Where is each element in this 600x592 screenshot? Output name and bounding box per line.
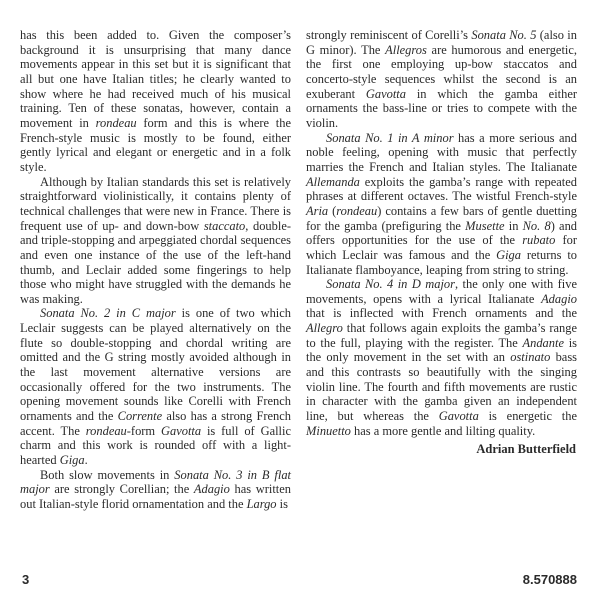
italic-term: Corrente <box>118 409 162 423</box>
italic-term: Andante <box>523 336 564 350</box>
paragraph: has this been added to. Given the compos… <box>20 28 291 175</box>
italic-term: Allegro <box>306 321 343 335</box>
italic-term: Allegros <box>385 43 427 57</box>
italic-term: Giga <box>60 453 85 467</box>
paragraph: strongly reminiscent of Corelli’s Sonata… <box>306 28 577 131</box>
italic-term: Giga <box>496 248 521 262</box>
author-signature: Adrian Butterfield <box>476 442 576 457</box>
italic-term: rondeau <box>86 424 127 438</box>
italic-term: Aria <box>306 204 328 218</box>
italic-term: No. 8 <box>523 219 551 233</box>
italic-term: Largo <box>247 497 277 511</box>
italic-term: Sonata No. 5 <box>471 28 536 42</box>
italic-term: Gavotta <box>161 424 201 438</box>
italic-term: rubato <box>522 233 555 247</box>
right-column: strongly reminiscent of Corelli’s Sonata… <box>306 28 577 438</box>
italic-term: staccato <box>204 219 245 233</box>
italic-term: ostinato <box>510 350 550 364</box>
booklet-page: has this been added to. Given the compos… <box>0 0 600 592</box>
paragraph: Sonata No. 4 in D major, the only one wi… <box>306 277 577 438</box>
italic-term: Musette <box>465 219 504 233</box>
italic-term: Gavotta <box>366 87 406 101</box>
paragraph: Sonata No. 2 in C major is one of two wh… <box>20 306 291 467</box>
italic-term: Adagio <box>541 292 577 306</box>
italic-term: Sonata No. 1 in A minor <box>326 131 454 145</box>
catalogue-number: 8.570888 <box>523 572 577 587</box>
italic-term: Gavotta <box>439 409 479 423</box>
paragraph: Sonata No. 1 in A minor has a more serio… <box>306 131 577 278</box>
italic-term: Minuetto <box>306 424 351 438</box>
italic-term: rondeau <box>336 204 377 218</box>
paragraph: Although by Italian standards this set i… <box>20 175 291 307</box>
italic-term: Sonata No. 2 in C major <box>40 306 176 320</box>
paragraph: Both slow movements in Sonata No. 3 in B… <box>20 468 291 512</box>
page-number: 3 <box>22 572 29 587</box>
italic-term: Sonata No. 4 in D major <box>326 277 455 291</box>
italic-term: Allemanda <box>306 175 360 189</box>
italic-term: Adagio <box>194 482 230 496</box>
left-column: has this been added to. Given the compos… <box>20 28 291 512</box>
italic-term: Sonata No. 3 in B flat major <box>20 468 291 497</box>
italic-term: rondeau <box>96 116 137 130</box>
